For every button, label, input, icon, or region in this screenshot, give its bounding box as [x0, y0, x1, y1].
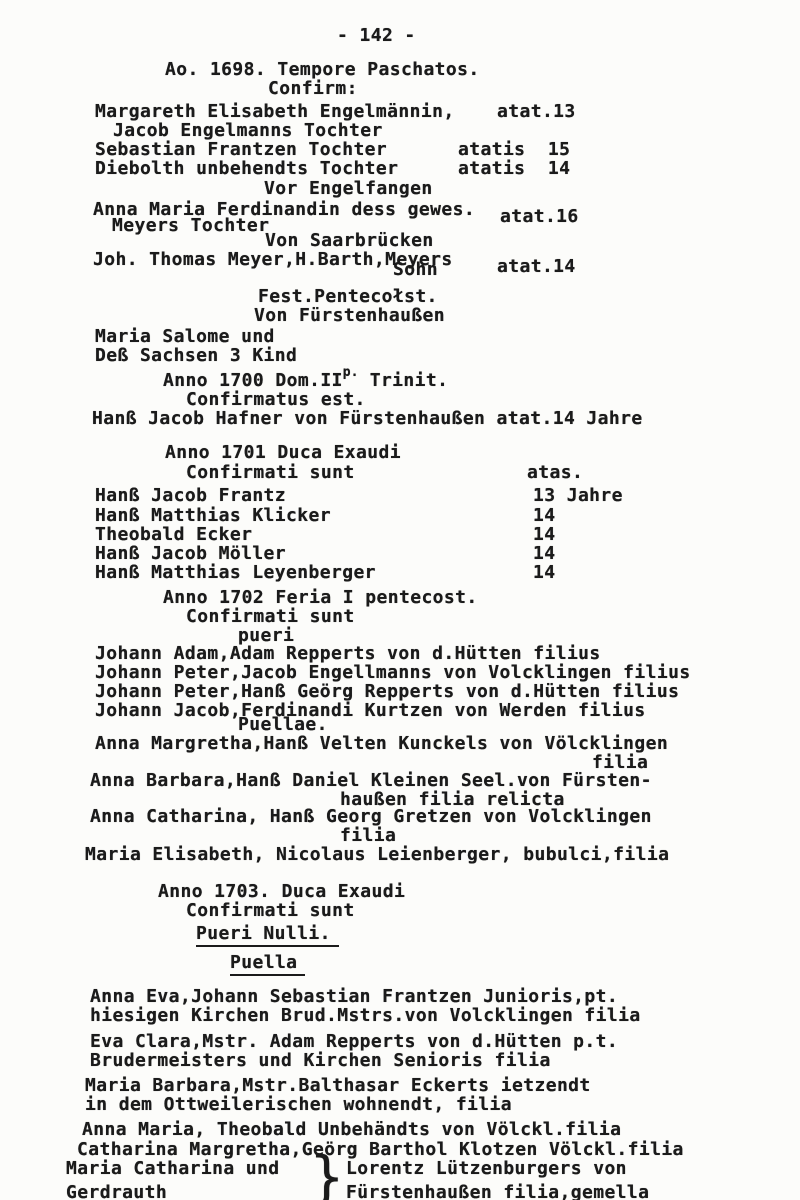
place-line: Von Fürstenhaußen — [254, 307, 445, 325]
group-label-puellae: Puellae. — [238, 716, 328, 734]
entry-age: atatis 14 — [458, 160, 570, 178]
entry-detail: Meyers Tochter — [112, 217, 269, 235]
section-1703-heading: Anno 1703. Duca Exaudi — [158, 883, 405, 901]
entry-name: Johann Adam,Adam Repperts von d.Hütten f… — [95, 645, 601, 663]
entry-name: Eva Clara,Mstr. Adam Repperts von d.Hütt… — [90, 1033, 618, 1051]
entry-age: 14 — [533, 564, 555, 582]
entry-name: Anna Catharina, Hanß Georg Gretzen von V… — [90, 808, 652, 826]
heading-text: Anno 1700 Dom.II — [163, 370, 343, 391]
entry-name: Anna Margretha,Hanß Velten Kunckels von … — [95, 735, 668, 753]
entry-age: atatis 15 — [458, 141, 570, 159]
section-1702-subheading: Confirmati sunt — [186, 608, 355, 626]
section-1698-subheading: Confirm: — [268, 80, 358, 98]
section-1701-heading: Anno 1701 Duca Exaudi — [165, 444, 401, 462]
entry-age: 14 — [533, 545, 555, 563]
page-number: - 142 - — [337, 27, 416, 45]
section-1700-heading: Anno 1700 Dom.IIp. Trinit. — [163, 372, 448, 390]
section-1702-heading: Anno 1702 Feria I pentecost. — [163, 589, 478, 607]
entry-name: Hanß Jacob Frantz — [95, 487, 286, 505]
entry-detail: Sohn — [393, 261, 438, 279]
entry-continuation: filia — [340, 827, 396, 845]
entry-name: Johann Jacob,Ferdinandi Kurtzen von Werd… — [95, 702, 646, 720]
twin-entry-name: Gerdrauth — [66, 1184, 167, 1200]
twin-entry-name: Maria Catharina und — [66, 1160, 280, 1178]
entry-name: Hanß Matthias Klicker — [95, 507, 331, 525]
group-heading-pueri-nulli: Pueri Nulli. — [196, 925, 339, 947]
entry-name: Theobald Ecker — [95, 526, 252, 544]
group-heading-puella: Puella — [230, 954, 305, 976]
twin-entry-detail: Fürstenhaußen filia,gemella — [346, 1184, 649, 1200]
place-line: Vor Engelfangen — [264, 180, 433, 198]
entry-name: Maria Elisabeth, Nicolaus Leienberger, b… — [85, 846, 669, 864]
entry-name: Hanß Jacob Möller — [95, 545, 286, 563]
section-1698-heading: Ao. 1698. Tempore Paschatos. — [165, 61, 480, 79]
heading-text: Trinit. — [370, 370, 449, 391]
scanned-register-page: - 142 - Ao. 1698. Tempore Paschatos. Con… — [0, 0, 800, 1200]
entry-name: Anna Barbara,Hanß Daniel Kleinen Seel.vo… — [90, 772, 652, 790]
entry-name: Anna Maria, Theobald Unbehändts von Völc… — [82, 1121, 621, 1139]
entry-continuation: hiesigen Kirchen Brud.Mstrs.von Volcklin… — [90, 1007, 641, 1025]
entry-name: Hanß Jacob Hafner von Fürstenhaußen atat… — [92, 410, 643, 428]
entry-detail: Jacob Engelmanns Tochter — [113, 122, 383, 140]
entry-name: Diebolth unbehendts Tochter — [95, 160, 398, 178]
entry-name: Hanß Matthias Leyenberger — [95, 564, 376, 582]
entry-age: 14 — [533, 526, 555, 544]
entry-name: Maria Salome und — [95, 328, 275, 346]
entry-name: Johann Peter,Hanß Geörg Repperts von d.H… — [95, 683, 679, 701]
entry-age: 14 — [533, 507, 555, 525]
entry-detail: Deß Sachsen 3 Kind — [95, 347, 297, 365]
feast-line: Fest.Pentecołst. — [258, 288, 438, 306]
entry-name: Sebastian Frantzen Tochter — [95, 141, 387, 159]
entry-age: atat.14 — [497, 258, 576, 276]
twin-brace: } — [310, 1150, 344, 1200]
entry-name: Maria Barbara,Mstr.Balthasar Eckerts iet… — [85, 1077, 591, 1095]
entry-name: Johann Peter,Jacob Engellmanns von Volck… — [95, 664, 691, 682]
entry-age: atat.13 — [497, 103, 576, 121]
entry-age: atat.16 — [500, 208, 579, 226]
entry-age: 13 Jahre — [533, 487, 623, 505]
section-1703-subheading: Confirmati sunt — [186, 902, 355, 920]
entry-name: Catharina Margretha,Geörg Barthol Klotze… — [77, 1141, 684, 1159]
section-1701-subheading: Confirmati sunt — [186, 464, 355, 482]
superscript-note: p. — [343, 365, 359, 380]
twin-entry-detail: Lorentz Lützenburgers von — [346, 1160, 627, 1178]
place-line: Von Saarbrücken — [265, 232, 434, 250]
section-1700-subheading: Confirmatus est. — [186, 391, 366, 409]
age-column-header: atas. — [527, 464, 583, 482]
entry-name: Margareth Elisabeth Engelmännin, — [95, 103, 455, 121]
entry-continuation: in dem Ottweilerischen wohnendt, filia — [85, 1096, 512, 1114]
entry-name: Anna Eva,Johann Sebastian Frantzen Junio… — [90, 988, 618, 1006]
entry-continuation: Brudermeisters und Kirchen Senioris fili… — [90, 1052, 551, 1070]
